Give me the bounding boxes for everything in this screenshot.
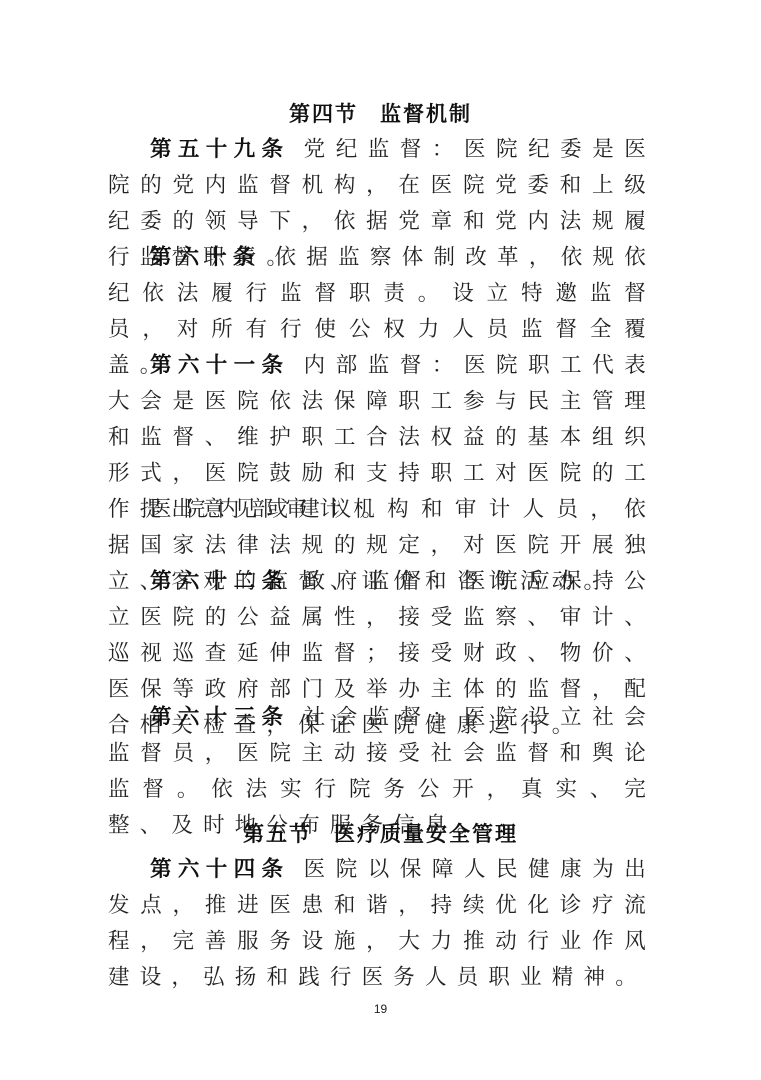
article-label: 第六十一条 <box>150 353 289 378</box>
section-title: 监督机制 <box>380 102 472 126</box>
page-number: 19 <box>0 1002 761 1016</box>
section-title: 医疗质量安全管理 <box>334 822 518 846</box>
document-page: 第四节监督机制 第五十九条党纪监督：医院纪委是医院的党内监督机构，在医院党委和上… <box>0 0 761 1080</box>
article-label: 第五十九条 <box>150 137 289 162</box>
article-label: 第六十四条 <box>150 857 289 882</box>
section-number: 第五节 <box>243 822 312 846</box>
section-heading-5: 第五节医疗质量安全管理 <box>0 818 761 848</box>
article-64: 第六十四条医院以保障人民健康为出发点，推进医患和谐，持续优化诊疗流程，完善服务设… <box>108 852 656 996</box>
section-heading-4: 第四节监督机制 <box>0 98 761 128</box>
section-number: 第四节 <box>289 102 358 126</box>
article-label: 第六十条 <box>150 245 260 270</box>
article-label: 第六十二条 <box>150 569 289 594</box>
article-label: 第六十三条 <box>150 705 289 730</box>
